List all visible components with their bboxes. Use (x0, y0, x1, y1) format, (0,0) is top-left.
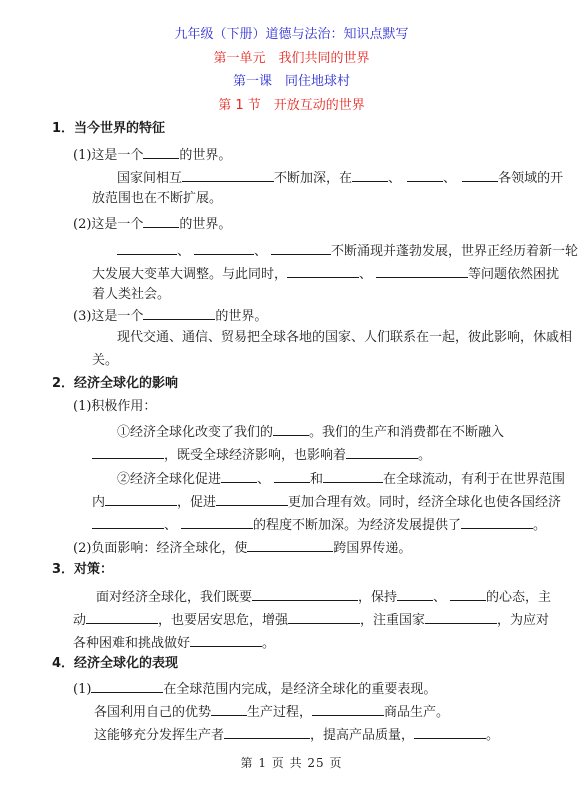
section-4-heading: 4．经济全球化的表现 (52, 655, 178, 673)
item-1-1-body-line-2: 放范围也在不断扩展。 (92, 190, 222, 208)
item-1-2-body-line-2: 大发展大变革大调整。与此同时，、等问题依然困扰 (92, 263, 559, 284)
fill-blank[interactable] (194, 240, 254, 255)
fill-blank[interactable] (271, 240, 331, 255)
fill-blank[interactable] (182, 167, 274, 182)
fill-blank[interactable] (274, 468, 310, 483)
fill-blank[interactable] (181, 514, 253, 529)
fill-blank[interactable] (323, 468, 383, 483)
fill-blank[interactable] (143, 305, 215, 320)
fill-blank[interactable] (425, 609, 497, 624)
item-2-1: (1)积极作用： (73, 398, 156, 416)
fill-blank[interactable] (221, 468, 257, 483)
fill-blank[interactable] (312, 701, 384, 716)
fill-blank[interactable] (92, 444, 164, 459)
item-label: (1)这是一个 (73, 148, 143, 163)
fill-blank[interactable] (414, 724, 486, 739)
fill-blank[interactable] (190, 632, 262, 647)
item-1-2-body-line-1: 、、不断涌现并蓬勃发展，世界正经历着新一轮 (117, 240, 578, 261)
fill-blank[interactable] (252, 586, 358, 601)
section-3-line-2: 动，也要居安思危，增强，注重国家，为应对 (73, 609, 549, 630)
fill-blank[interactable] (211, 701, 247, 716)
item-2-1-line-3: ②经济全球化促进、和在全球流动，有利于在世界范围 (117, 468, 565, 489)
fill-blank[interactable] (462, 167, 498, 182)
item-1-3-body-line-1: 现代交通、通信、贸易把全球各地的国家、人们联系在一起，彼此影响，休戚相 (117, 329, 572, 347)
fill-blank[interactable] (143, 144, 179, 159)
fill-blank[interactable] (273, 421, 309, 436)
item-2-2: (2)负面影响：经济全球化，使跨国界传递。 (73, 537, 411, 558)
item-1-3-body-line-2: 关。 (92, 352, 118, 370)
item-1-2-body-line-3: 着人类社会。 (92, 286, 170, 304)
fill-blank[interactable] (287, 263, 359, 278)
item-4-1: (1)在全球范围内完成，是经济全球化的重要表现。 (73, 678, 436, 699)
lesson-heading: 第一课 同住地球村 (0, 73, 583, 91)
section-3-line-1: 面对经济全球化，我们既要，保持、的心态，主 (96, 586, 551, 607)
section-heading: 第 1 节 开放互动的世界 (0, 97, 583, 115)
fill-blank[interactable] (86, 609, 158, 624)
unit-heading: 第一单元 我们共同的世界 (0, 50, 583, 68)
fill-blank[interactable] (376, 263, 468, 278)
fill-blank[interactable] (92, 514, 164, 529)
item-1-2: (2)这是一个的世界。 (73, 213, 231, 234)
section-3-heading: 3．对策： (52, 561, 113, 579)
document-page: 九年级（下册）道德与法治：知识点默写 第一单元 我们共同的世界 第一课 同住地球… (0, 0, 583, 800)
fill-blank[interactable] (352, 167, 388, 182)
item-4-1-line-1: 各国利用自己的优势生产过程，商品生产。 (94, 701, 449, 722)
fill-blank[interactable] (143, 213, 179, 228)
section-3-line-3: 各种困难和挑战做好。 (73, 632, 275, 653)
fill-blank[interactable] (397, 586, 433, 601)
section-2-heading: 2．经济全球化的影响 (52, 375, 178, 393)
fill-blank[interactable] (91, 678, 163, 693)
fill-blank[interactable] (117, 240, 177, 255)
item-1-3: (3)这是一个的世界。 (73, 305, 267, 326)
document-title: 九年级（下册）道德与法治：知识点默写 (0, 26, 583, 44)
fill-blank[interactable] (450, 586, 486, 601)
fill-blank[interactable] (461, 514, 533, 529)
item-2-1-line-1: ①经济全球化改变了我们的。我们的生产和消费都在不断融入 (117, 421, 504, 442)
fill-blank[interactable] (105, 491, 177, 506)
section-1-heading: 1．当今世界的特征 (52, 120, 165, 138)
fill-blank[interactable] (407, 167, 443, 182)
fill-blank[interactable] (288, 609, 360, 624)
item-4-1-line-2: 这能够充分发挥生产者，提高产品质量，。 (94, 724, 499, 745)
item-1-1-body-line-1: 国家间相互不断加深，在、、各领域的开 (117, 167, 563, 188)
page-footer: 第 1 页 共 25 页 (0, 754, 583, 772)
item-2-1-line-2: ，既受全球经济影响，也影响着。 (92, 444, 431, 465)
item-2-1-line-4: 内，促进更加合理有效。同时，经济全球化也使各国经济 (92, 491, 561, 512)
fill-blank[interactable] (346, 444, 418, 459)
fill-blank[interactable] (216, 491, 288, 506)
fill-blank[interactable] (247, 537, 333, 552)
item-2-1-line-5: 、的程度不断加深。为经济发展提供了。 (92, 514, 546, 535)
fill-blank[interactable] (224, 724, 310, 739)
item-1-1: (1)这是一个的世界。 (73, 144, 231, 165)
